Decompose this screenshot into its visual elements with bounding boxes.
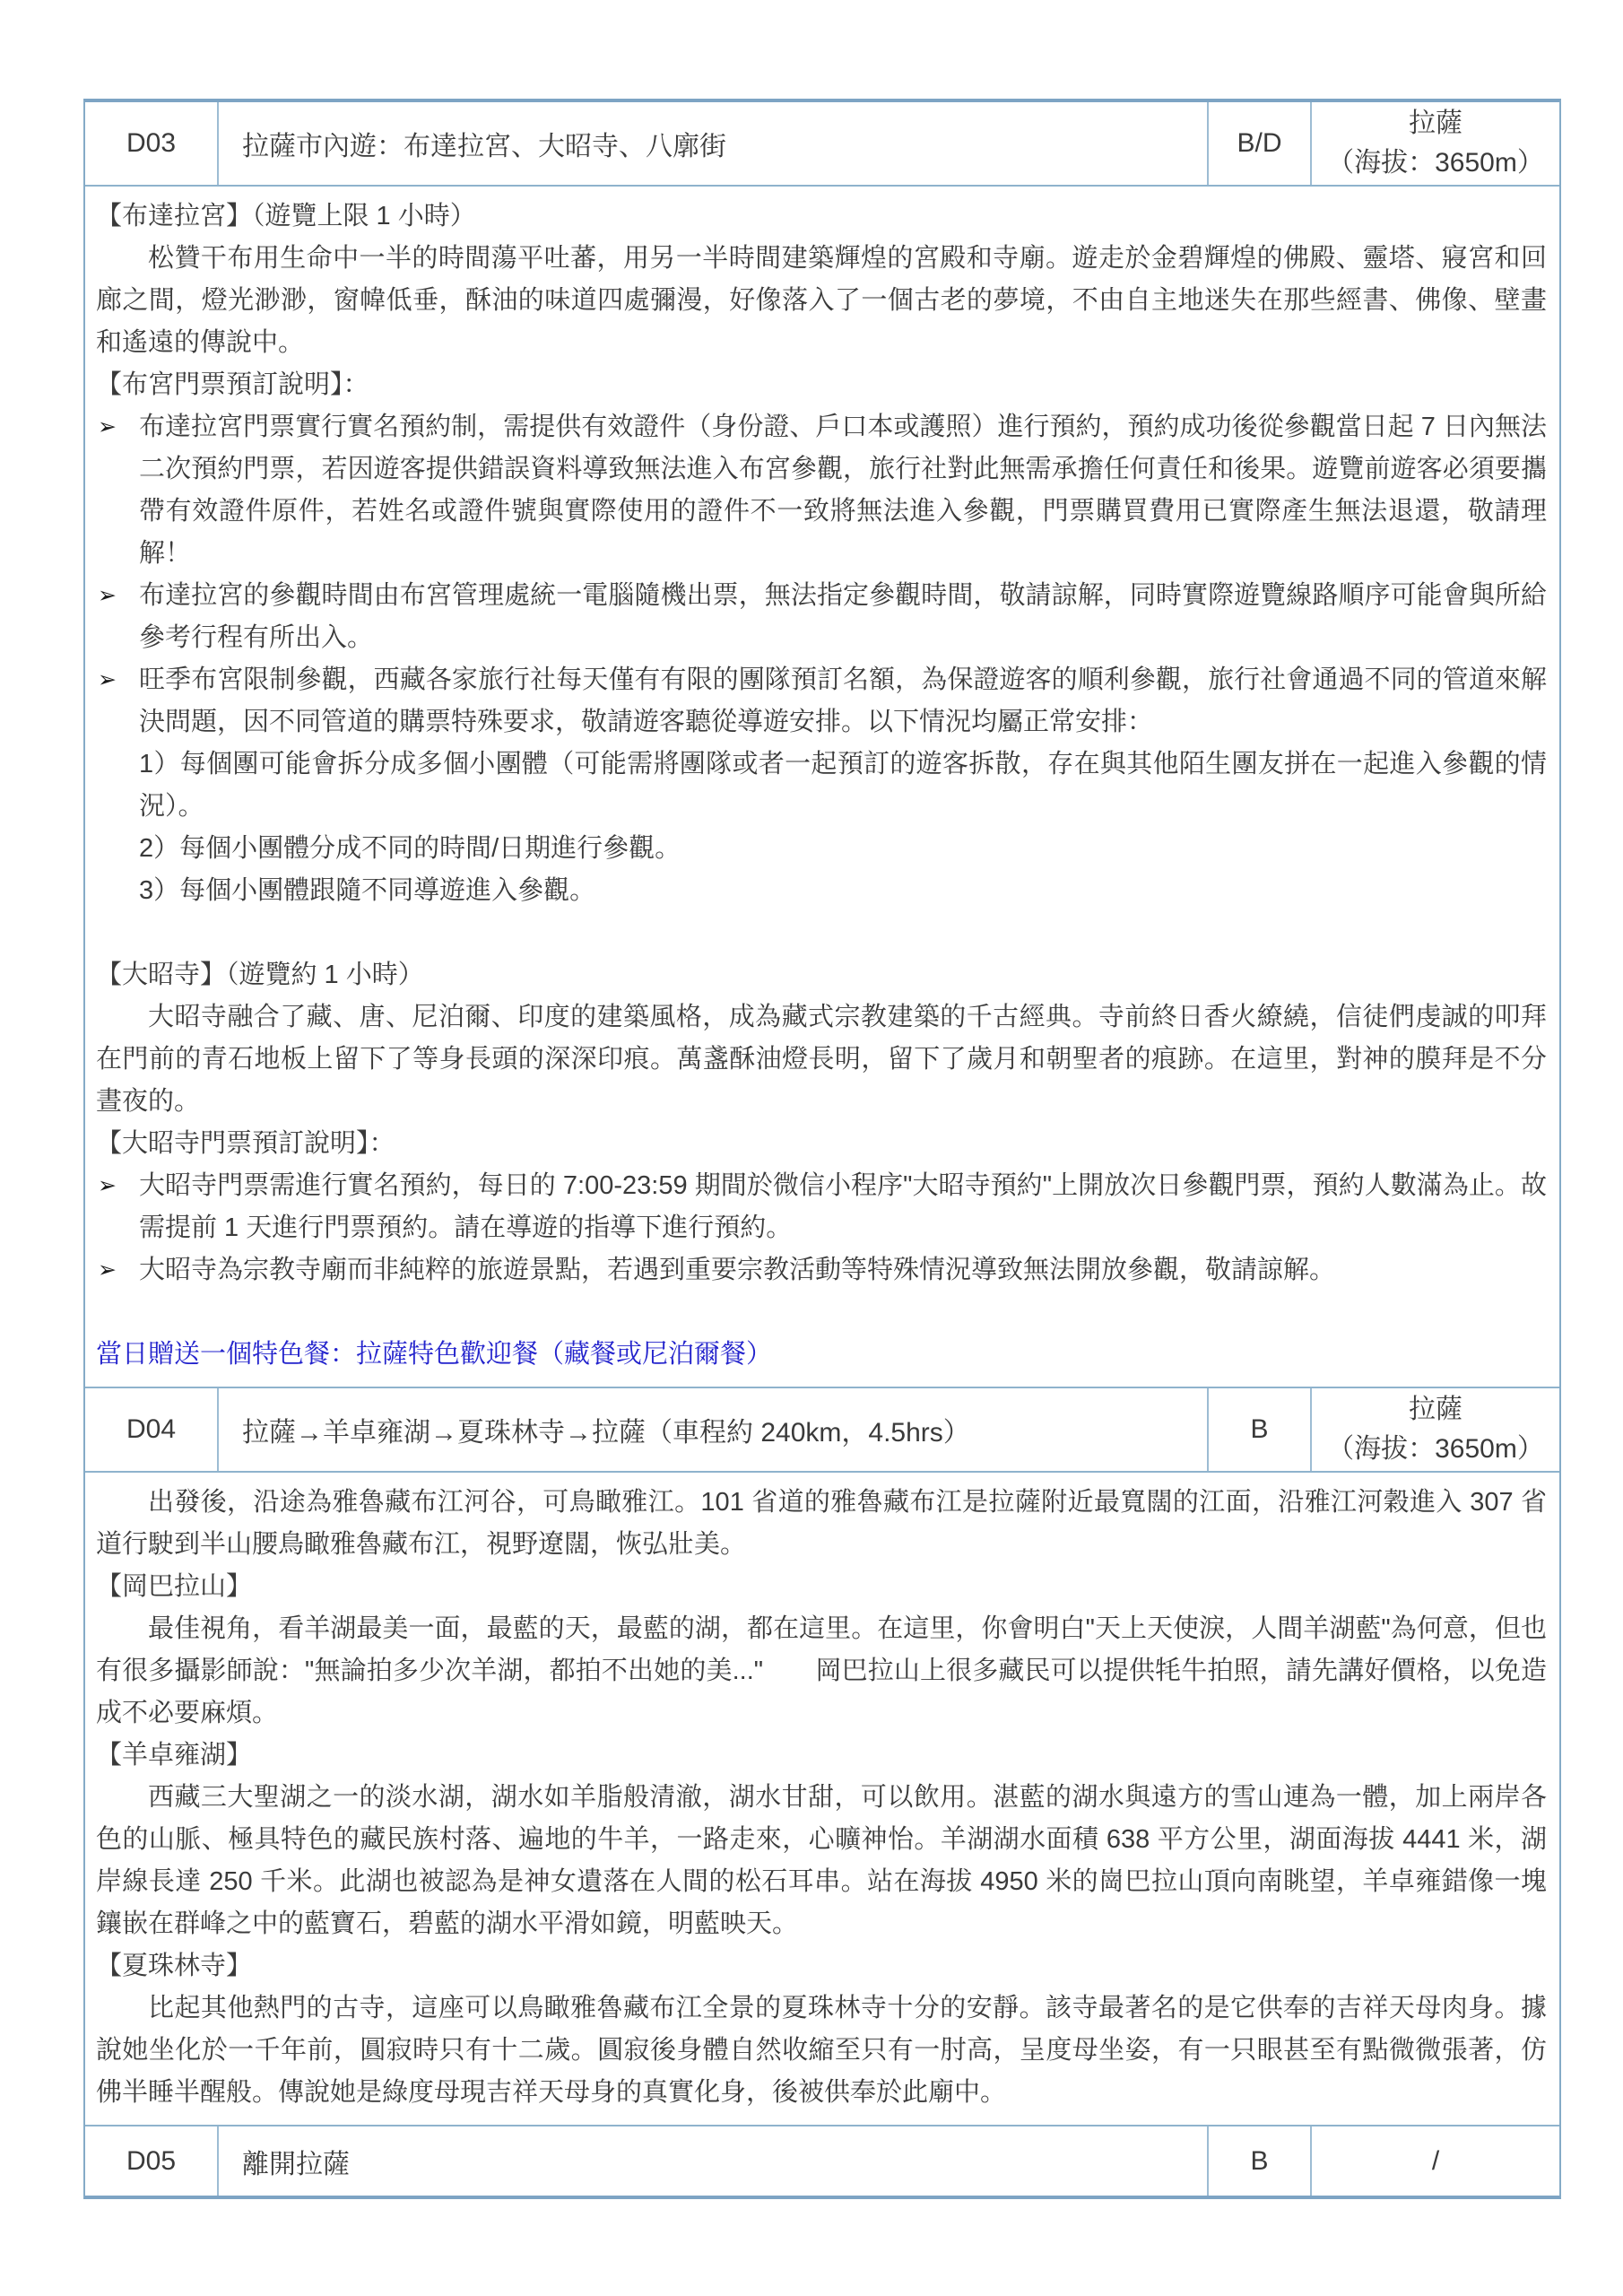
potala-bullet-2: ➢ 布達拉宮的參觀時間由布宮管理處統一電腦隨機出票，無法指定參觀時間，敬請諒解，… (96, 575, 1547, 659)
jokhang-bullet-1: ➢ 大昭寺門票需進行實名預約，每日的 7:00-23:59 期間於微信小程序"大… (96, 1165, 1547, 1249)
stay-city: / (1432, 2142, 1439, 2181)
jokhang-bullet-1-text: 大昭寺門票需進行實名預約，每日的 7:00-23:59 期間於微信小程序"大昭寺… (139, 1165, 1547, 1249)
yamdrok-heading: 【羊卓雍湖】 (96, 1735, 1547, 1777)
potala-bullet-3-text: 旺季布宮限制參觀，西藏各家旅行社每天僅有有限的團隊預訂名額，為保證遊客的順利參觀… (139, 659, 1547, 744)
jokhang-heading: 【大昭寺】（遊覽約 1 小時） (96, 954, 1547, 996)
potala-intro: 松贊干布用生命中一半的時間蕩平吐蕃，用另一半時間建築輝煌的宮殿和寺廟。遊走於金碧… (96, 238, 1547, 364)
potala-subitem-3: 3）每個小團體跟隨不同導遊進入參觀。 (139, 870, 1547, 912)
arrow-bullet-icon: ➢ (96, 659, 139, 744)
day-row-d03: D03 拉薩市內遊：布達拉宮、大昭寺、八廓街 B/D 拉薩 （海拔：3650m） (85, 102, 1559, 187)
potala-bullet-1-text: 布達拉宮門票實行實名預約制，需提供有效證件（身份證、戶口本或護照）進行預約，預約… (139, 406, 1547, 575)
day-stay-d05: / (1312, 2126, 1559, 2196)
day-row-d04: D04 拉薩→羊卓雍湖→夏珠林寺→拉薩（車程約 240km，4.5hrs） B … (85, 1388, 1559, 1473)
potala-bullet-3: ➢ 旺季布宮限制參觀，西藏各家旅行社每天僅有有限的團隊預訂名額，為保證遊客的順利… (96, 659, 1547, 744)
day-number-d05: D05 (85, 2126, 219, 2196)
potala-ticket-heading: 【布宮門票預訂說明】： (96, 364, 1547, 406)
day-body-d04: 出發後，沿途為雅魯藏布江河谷，可鳥瞰雅江。101 省道的雅魯藏布江是拉薩附近最寬… (85, 1473, 1559, 2126)
day-number-d04: D04 (85, 1388, 219, 1471)
potala-heading: 【布達拉宮】（遊覽上限 1 小時） (96, 196, 1547, 238)
jokhang-intro: 大昭寺融合了藏、唐、尼泊爾、印度的建築風格，成為藏式宗教建築的千古經典。寺前終日… (96, 996, 1547, 1123)
day-title-d03: 拉薩市內遊：布達拉宮、大昭寺、八廓街 (219, 102, 1209, 185)
shadrubling-heading: 【夏珠林寺】 (96, 1945, 1547, 1987)
potala-subitem-2: 2）每個小團體分成不同的時間/日期進行參觀。 (139, 828, 1547, 870)
blank-line (96, 912, 1547, 954)
gangbala-text: 最佳視角，看羊湖最美一面，最藍的天，最藍的湖，都在這里。在這里，你會明白"天上天… (96, 1608, 1547, 1735)
day-number-d03: D03 (85, 102, 219, 185)
jokhang-bullet-2-text: 大昭寺為宗教寺廟而非純粹的旅遊景點，若遇到重要宗教活動等特殊情況導致無法開放參觀… (139, 1249, 1547, 1291)
stay-city: 拉薩 (1409, 1390, 1462, 1430)
stay-altitude: （海拔：3650m） (1327, 1430, 1544, 1469)
jokhang-bullet-2: ➢ 大昭寺為宗教寺廟而非純粹的旅遊景點，若遇到重要宗教活動等特殊情況導致無法開放… (96, 1249, 1547, 1291)
arrow-bullet-icon: ➢ (96, 1165, 139, 1249)
day-meals-d05: B (1209, 2126, 1312, 2196)
d04-intro: 出發後，沿途為雅魯藏布江河谷，可鳥瞰雅江。101 省道的雅魯藏布江是拉薩附近最寬… (96, 1482, 1547, 1566)
stay-city: 拉薩 (1409, 104, 1462, 143)
day-body-d03: 【布達拉宮】（遊覽上限 1 小時） 松贊干布用生命中一半的時間蕩平吐蕃，用另一半… (85, 187, 1559, 1388)
arrow-bullet-icon: ➢ (96, 1249, 139, 1291)
day-stay-d03: 拉薩 （海拔：3650m） (1312, 102, 1559, 185)
arrow-bullet-icon: ➢ (96, 575, 139, 659)
arrow-bullet-icon: ➢ (96, 406, 139, 575)
day-stay-d04: 拉薩 （海拔：3650m） (1312, 1388, 1559, 1471)
day-title-d05: 離開拉薩 (219, 2126, 1209, 2196)
itinerary-page: D03 拉薩市內遊：布達拉宮、大昭寺、八廓街 B/D 拉薩 （海拔：3650m）… (0, 0, 1623, 2296)
jokhang-ticket-heading: 【大昭寺門票預訂說明】： (96, 1123, 1547, 1165)
shadrubling-text: 比起其他熱門的古寺，這座可以鳥瞰雅魯藏布江全景的夏珠林寺十分的安靜。該寺最著名的… (96, 1987, 1547, 2114)
special-meal-note: 當日贈送一個特色餐：拉薩特色歡迎餐（藏餐或尼泊爾餐） (96, 1334, 1547, 1376)
itinerary-table: D03 拉薩市內遊：布達拉宮、大昭寺、八廓街 B/D 拉薩 （海拔：3650m）… (83, 99, 1561, 2199)
gangbala-heading: 【岡巴拉山】 (96, 1566, 1547, 1608)
day-meals-d04: B (1209, 1388, 1312, 1471)
blank-line (96, 1291, 1547, 1334)
potala-bullet-2-text: 布達拉宮的參觀時間由布宮管理處統一電腦隨機出票，無法指定參觀時間，敬請諒解，同時… (139, 575, 1547, 659)
day-title-d04: 拉薩→羊卓雍湖→夏珠林寺→拉薩（車程約 240km，4.5hrs） (219, 1388, 1209, 1471)
potala-subitem-1: 1）每個團可能會拆分成多個小團體（可能需將團隊或者一起預訂的遊客拆散，存在與其他… (139, 744, 1547, 828)
day-row-d05: D05 離開拉薩 B / (85, 2126, 1559, 2196)
potala-bullet-1: ➢ 布達拉宮門票實行實名預約制，需提供有效證件（身份證、戶口本或護照）進行預約，… (96, 406, 1547, 575)
yamdrok-text: 西藏三大聖湖之一的淡水湖，湖水如羊脂般清澈，湖水甘甜，可以飲用。湛藍的湖水與遠方… (96, 1777, 1547, 1945)
stay-altitude: （海拔：3650m） (1327, 143, 1544, 183)
day-meals-d03: B/D (1209, 102, 1312, 185)
